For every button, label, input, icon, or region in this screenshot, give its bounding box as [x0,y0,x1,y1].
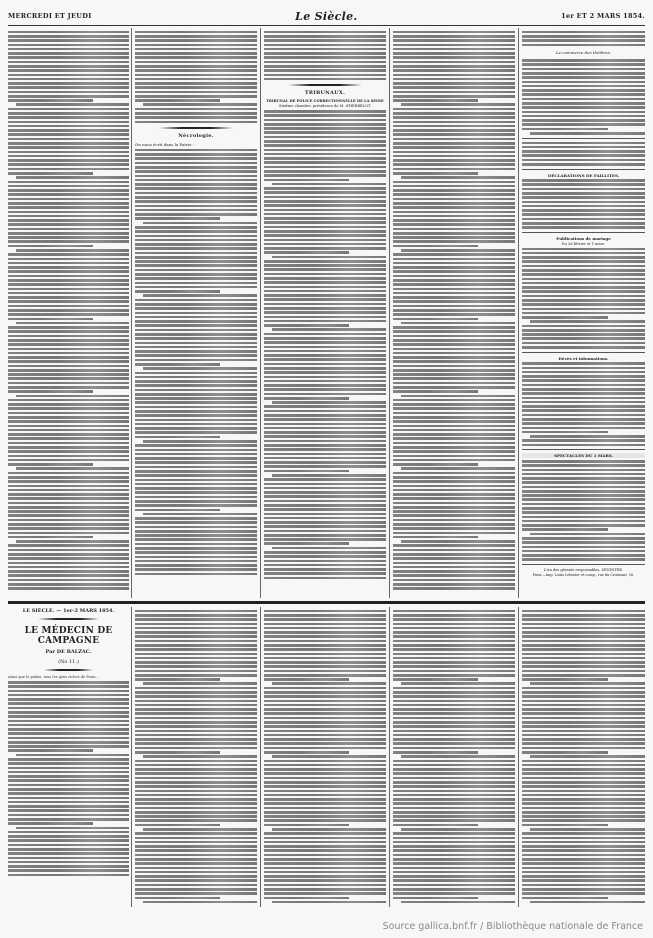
text-line [393,772,515,775]
text-line [393,240,515,243]
text-line [522,473,645,476]
text-line [264,307,386,310]
text-line [522,205,645,208]
text-line [393,429,515,432]
text-line [8,587,129,590]
text-line [135,95,257,98]
text-line [393,687,515,690]
text-line [135,764,257,767]
text-line [135,491,257,494]
text-line [264,653,386,656]
text-line [393,657,515,660]
text-line [264,614,386,617]
text-line [264,363,386,366]
text-line [264,491,386,494]
text-line [393,523,515,526]
text-line [393,416,515,419]
text-line [135,436,220,439]
text-line [135,444,257,447]
text-line [393,648,515,651]
text-line [8,279,129,282]
gerant-line: L'un des gérants responsables, SEVESTRE. [522,568,645,572]
text-line [135,517,257,520]
text-line [143,294,257,297]
text-line [135,747,257,750]
text-line [393,768,515,771]
text-line [8,690,129,693]
text-line [264,875,386,878]
text-line [264,508,386,511]
text-line [8,848,129,851]
text-line [264,234,386,237]
text-line [393,181,515,184]
text-line [135,380,257,383]
text-line [522,708,645,711]
text-line [264,734,386,737]
text-line [393,849,515,852]
text-line [393,832,515,835]
text-line [522,790,645,793]
text-line [8,39,129,42]
necrologie-intro: On nous écrit dans la Patrie : [135,142,257,147]
text-line [393,292,515,295]
text-line [522,337,645,340]
text-line [264,427,386,430]
text-line [393,99,478,102]
text-line [8,861,129,864]
text-line [393,695,515,698]
text-line [264,44,386,47]
text-line [522,278,645,281]
text-line [264,200,386,203]
text-line [135,91,257,94]
text-line [8,108,129,111]
text-line [8,839,129,842]
text-line [264,281,386,284]
text-line [393,640,515,643]
text-line [264,742,386,745]
text-line [264,819,386,822]
text-line [264,337,386,340]
text-line [135,661,257,664]
text-line [393,206,515,209]
text-line [135,717,257,720]
text-line [401,828,515,831]
text-line [135,653,257,656]
text-line [393,236,515,239]
text-line [8,292,129,295]
text-line [522,362,645,365]
text-line [522,196,645,199]
text-line [393,506,515,509]
text-line [264,542,349,545]
text-line [393,219,515,222]
text-line [530,533,645,536]
text-line [272,474,386,477]
text-line [8,831,129,834]
text-line [135,320,257,323]
text-line [264,179,349,182]
text-line [8,266,129,269]
text-line [522,269,645,272]
text-line [393,78,515,81]
text-line [264,290,386,293]
text-line [135,798,257,801]
text-line [135,708,257,711]
text-line [393,532,515,535]
text-line [522,464,645,467]
tribunal-chamber: Sixième chambre. présidence de M. d'HERB… [264,104,386,108]
text-line [135,479,257,482]
text-line [264,393,386,396]
text-line [8,129,129,132]
text-line [522,777,645,780]
text-line [264,376,386,379]
text-line [393,335,515,338]
text-line [8,685,129,688]
text-line [393,232,515,235]
text-line [393,343,515,346]
text-line [530,435,645,438]
text-line [393,61,515,64]
text-line [264,294,386,297]
text-line [135,742,257,745]
section-heading-mariages: Publications de mariage [522,236,645,241]
text-line [8,493,129,496]
text-line [135,802,257,805]
text-line [522,678,608,681]
text-line [8,694,129,697]
text-line [393,52,515,55]
text-line [8,65,129,68]
text-line [135,166,257,169]
text-line [143,682,257,685]
text-line [522,700,645,703]
text-line [264,333,386,336]
text-line [135,461,257,464]
text-line [393,790,515,793]
text-line [135,712,257,715]
text-line [135,837,257,840]
text-line [393,712,515,715]
text-line [8,403,129,406]
text-line [8,228,129,231]
text-line [8,360,129,363]
text-line [264,577,386,580]
text-line [393,146,515,149]
feuilleton-author: Par DE BALZAC. [8,649,129,655]
text-line [272,828,386,831]
text-line [264,196,386,199]
text-line [522,31,645,34]
text-line [393,412,515,415]
text-line [8,527,129,530]
text-line [8,762,129,765]
text-line [522,884,645,887]
text-line [522,541,645,544]
text-line [264,268,386,271]
text-line [135,871,257,874]
text-line [522,657,645,660]
text-line [522,218,645,221]
text-line [393,815,515,818]
text-line [135,618,257,621]
text-line [393,875,515,878]
text-line [264,751,349,754]
text-line [264,610,386,613]
text-line [522,414,645,417]
text-line [143,901,257,904]
text-line [135,845,257,848]
text-line [264,204,386,207]
text-line [522,142,645,145]
text-line [522,764,645,767]
text-line [135,521,257,524]
text-line [264,470,349,473]
text-line [8,437,129,440]
text-line [8,163,129,166]
text-line [393,583,515,586]
text-line [522,265,645,268]
text-line [135,530,257,533]
text-line [264,513,386,516]
text-line [264,845,386,848]
text-line [135,384,257,387]
text-line [393,536,478,539]
text-line [135,264,257,267]
text-line [8,288,129,291]
text-line [8,296,129,299]
text-line [393,562,515,565]
text-line [522,653,645,656]
text-line [522,106,645,109]
text-line [135,811,257,814]
text-line [264,144,386,147]
text-line [393,867,515,870]
text-line [8,326,129,329]
text-line [8,86,129,89]
text-line [401,467,515,470]
text-line [8,35,129,38]
text-line [264,687,386,690]
text-line [522,192,645,195]
masthead: MERCREDI ET JEUDI Le Siècle. 1er ET 2 MA… [8,9,645,23]
text-line [8,82,129,85]
text-line [135,149,257,152]
text-line [393,69,515,72]
text-line [8,502,129,505]
text-line [522,760,645,763]
text-line [135,466,257,469]
text-line [264,78,386,81]
text-line [393,193,515,196]
text-line [8,95,129,98]
text-line [393,65,515,68]
text-line [393,352,515,355]
text-line [264,618,386,621]
text-line [135,359,257,362]
text-line [264,772,386,775]
text-line [393,485,515,488]
text-line [264,530,386,533]
printer-address: Paris.—Imp. Louis Leborier et comp., rue… [522,573,645,577]
text-line [272,328,386,331]
text-line [522,154,645,157]
feuilleton-title: LE MÉDECIN DE CAMPAGNE [8,626,129,646]
text-line [8,69,129,72]
text-line [522,427,645,430]
column-5: Le commerce des théâtres. DÉCLARATIONS D… [522,29,645,597]
text-line [135,700,257,703]
feuilleton-opening: Ainsi que le palais, tous les gens riche… [8,675,129,679]
text-line [8,309,129,312]
text-line [264,35,386,38]
feuilleton-column-4 [393,608,515,908]
text-line [135,196,257,199]
text-line [8,56,129,59]
text-line [8,801,129,804]
text-line [522,346,645,349]
text-line [393,614,515,617]
text-line [16,103,129,106]
text-line [522,554,645,557]
text-line [16,754,129,757]
text-line [522,85,645,88]
text-line [135,674,257,677]
text-line [393,841,515,844]
text-line [135,687,257,690]
text-line [8,172,93,175]
text-line [264,674,386,677]
text-line [8,805,129,808]
text-line [264,465,386,468]
text-line [393,497,515,500]
text-line [393,708,515,711]
text-line [393,168,515,171]
text-line [135,209,257,212]
text-line [393,437,515,440]
text-line [8,857,129,860]
text-line [264,149,386,152]
text-line [522,308,645,311]
text-line [393,44,515,47]
text-line [401,540,515,543]
text-line [135,568,257,571]
text-line [393,356,515,359]
text-line [135,768,257,771]
text-line [135,560,257,563]
text-line [264,717,386,720]
text-line [393,610,515,613]
text-line [8,459,129,462]
text-line [135,573,257,576]
text-line [135,217,220,220]
text-line [522,89,645,92]
text-line [522,837,645,840]
text-line [8,121,129,124]
text-line [401,176,515,179]
text-line [522,111,645,114]
text-line [264,170,386,173]
text-line [264,384,386,387]
section-heading-deces: Décès et inhumations. [522,356,645,361]
text-line [135,299,257,302]
text-line [135,183,257,186]
text-line [393,760,515,763]
text-line [264,221,386,224]
text-line [8,133,129,136]
text-line [8,78,129,81]
text-line [264,849,386,852]
text-line [264,572,386,575]
text-line [135,500,257,503]
text-line [393,764,515,767]
text-line [135,644,257,647]
text-line [8,707,129,710]
text-line [522,375,645,378]
text-line [393,296,515,299]
text-line [264,815,386,818]
text-line [393,31,515,34]
text-line [393,566,515,569]
text-line [522,188,645,191]
text-line [8,506,129,509]
text-line [393,742,515,745]
text-line [522,342,645,345]
text-line [16,827,129,830]
text-line [264,725,386,728]
text-line [264,247,386,250]
feuilleton-dateline: LE SIÈCLE. — 1er-2 MARS 1854. [8,608,129,614]
text-line [8,198,129,201]
text-line [264,324,349,327]
text-line [135,721,257,724]
text-line [393,288,515,291]
text-line [8,211,129,214]
column-4 [393,29,515,597]
text-line [272,401,386,404]
text-line [264,410,386,413]
text-line [264,316,386,319]
text-line [522,439,645,442]
text-line [264,721,386,724]
text-line [393,587,515,590]
column-1 [8,29,129,597]
text-line [393,155,515,158]
text-line [522,785,645,788]
text-line [264,440,386,443]
text-line [8,784,129,787]
text-line [135,665,257,668]
text-line [8,31,129,34]
text-line [393,270,515,273]
text-line [135,862,257,865]
text-line [393,258,515,261]
text-line [522,490,645,493]
text-line [522,892,645,895]
text-line [8,698,129,701]
text-line [522,524,645,527]
text-line [393,300,515,303]
text-line [8,749,93,752]
text-line [522,742,645,745]
text-line [393,455,515,458]
text-line [8,536,93,539]
text-line [393,283,515,286]
text-line [135,205,257,208]
text-line [522,329,645,332]
text-line [264,213,386,216]
